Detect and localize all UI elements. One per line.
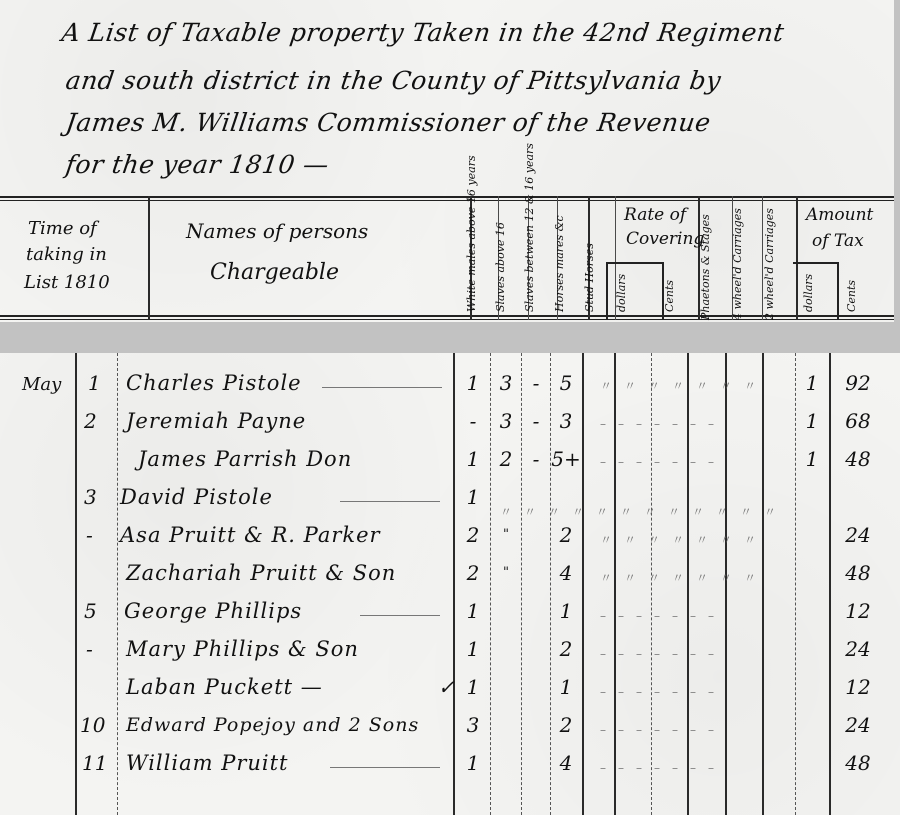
ditto-marks: – – – – – – – <box>600 415 714 432</box>
header-names-line-1: Names of persons <box>186 220 368 242</box>
row-horses: 2 <box>551 707 581 743</box>
row-day: 2 <box>84 403 97 439</box>
header-bottom-rule-2 <box>0 319 894 320</box>
ditto-marks: 〃 〃 〃 〃 〃 〃 〃 <box>600 569 756 586</box>
header-amount-line-2: of Tax <box>812 230 864 252</box>
trail-dash <box>322 387 442 388</box>
header-names-line-2: Chargeable <box>210 262 339 284</box>
row-white-males: - <box>458 403 488 439</box>
row-white-males: 1 <box>458 745 488 781</box>
header-rate-line-1: Rate of <box>624 204 686 226</box>
ditto-marks: – – – – – – – <box>600 721 714 738</box>
row-name: Edward Popejoy and 2 Sons <box>126 707 419 743</box>
row-horses: 4 <box>551 745 581 781</box>
ditto-marks: – – – – – – – <box>600 607 714 624</box>
row-amount-cents: 12 <box>838 669 878 705</box>
ditto-marks: – – – – – – – <box>600 683 714 700</box>
row-day: 3 <box>84 479 97 515</box>
title-line-3: James M. Williams Commissioner of the Re… <box>64 108 713 137</box>
row-amount-cents: 12 <box>838 593 878 629</box>
header-horses: Horses mares &c <box>554 212 566 312</box>
row-white-males: 3 <box>458 707 488 743</box>
ditto-marks: 〃 〃 〃 〃 〃 〃 〃 <box>600 531 756 548</box>
table-row: 11 William Pruitt 1 4 48 <box>0 745 900 783</box>
header-rate-line-2: Covering <box>626 228 704 250</box>
row-amount-cents: 24 <box>838 631 878 667</box>
row-slaves: 3 <box>491 365 521 401</box>
header-rate-dollars: dollars <box>616 272 628 312</box>
ditto-marks: 〃 〃 〃 〃 〃 〃 〃 <box>600 377 756 394</box>
table-row: Zachariah Pruitt & Son 2 " 4 48 <box>0 555 900 593</box>
row-horses: 1 <box>551 593 581 629</box>
ledger-header-image: A List of Taxable property Taken in the … <box>0 0 894 322</box>
ditto-marks: – – – – – – – <box>600 645 714 662</box>
row-amount-cents: 24 <box>838 707 878 743</box>
trail-dash <box>340 501 440 502</box>
check-mark-icon: ✓ <box>438 669 455 705</box>
header-amount-cents: Cents <box>846 272 858 312</box>
row-white-males: 1 <box>458 593 488 629</box>
title-line-2: and south district in the County of Pitt… <box>64 66 723 95</box>
row-amount-cents: 48 <box>838 555 878 591</box>
header-top-rule <box>0 196 894 198</box>
row-white-males: 1 <box>458 479 488 515</box>
row-horses: 3 <box>551 403 581 439</box>
row-amount-cents: 24 <box>838 517 878 553</box>
header-time-line-3: List 1810 <box>24 272 110 294</box>
row-horses: 1 <box>551 669 581 705</box>
row-horses: 5+ <box>551 441 581 477</box>
row-day: - <box>86 631 93 667</box>
row-name: David Pistole <box>120 479 273 515</box>
row-amount-cents: 48 <box>838 745 878 781</box>
header-rate-cents: Cents <box>664 272 676 312</box>
header-time-line-1: Time of <box>28 218 97 240</box>
row-name: Asa Pruitt & R. Parker <box>120 517 381 553</box>
row-name: James Parrish Don <box>138 441 352 477</box>
table-row: 5 George Phillips 1 1 12 <box>0 593 900 631</box>
row-day: 11 <box>82 745 107 781</box>
row-white-males: 1 <box>458 441 488 477</box>
header-top-rule-2 <box>0 200 894 201</box>
row-name: Charles Pistole <box>126 365 302 401</box>
table-row: Laban Puckett — ✓ 1 1 12 <box>0 669 900 707</box>
table-row: James Parrish Don 1 2 - 5+ 1 48 <box>0 441 900 479</box>
row-horses: 4 <box>551 555 581 591</box>
row-horses: 2 <box>551 517 581 553</box>
ditto-marks: 〃 〃 〃 〃 〃 〃 〃 〃 〃 〃 〃 〃 <box>500 503 776 520</box>
row-amount-cents: 68 <box>838 403 878 439</box>
row-day: 10 <box>80 707 105 743</box>
ditto-marks: – – – – – – – <box>600 759 714 776</box>
ditto-marks: – – – – – – – <box>600 453 714 470</box>
header-divider-time <box>148 196 150 320</box>
row-day: 5 <box>84 593 97 629</box>
header-white-males: White males above 16 years <box>466 212 478 312</box>
table-row: 2 Jeremiah Payne - 3 - 3 1 68 <box>0 403 900 441</box>
row-slaves: " <box>491 517 521 553</box>
row-name: Mary Phillips & Son <box>126 631 359 667</box>
row-name: Jeremiah Payne <box>126 403 306 439</box>
ledger-rows-image: May 1 Charles Pistole 1 3 - 5 1 92 2 Jer… <box>0 353 900 815</box>
title-line-4: for the year 1810 — <box>64 150 331 179</box>
header-time-line-2: taking in <box>26 244 107 266</box>
row-slaves: 3 <box>491 403 521 439</box>
table-row: - Asa Pruitt & R. Parker 2 " 2 24 <box>0 517 900 555</box>
row-white-males: 1 <box>458 631 488 667</box>
header-slaves-12-16: Slaves between 12 & 16 years <box>524 212 536 312</box>
row-name: George Phillips <box>124 593 302 629</box>
header-phaetons: Phaetons & Stages <box>700 210 712 320</box>
header-amount-dollars: dollars <box>803 272 815 312</box>
row-name: Laban Puckett — <box>126 669 323 705</box>
table-row: 10 Edward Popejoy and 2 Sons 3 2 24 <box>0 707 900 745</box>
row-day: 1 <box>88 365 101 401</box>
row-day: - <box>86 517 93 553</box>
row-name: William Pruitt <box>126 745 288 781</box>
row-white-males: 1 <box>458 365 488 401</box>
row-slaves-12-16: - <box>521 441 551 477</box>
header-four-wheel: 4 wheel'd Carriages <box>732 210 744 320</box>
row-amount-cents: 48 <box>838 441 878 477</box>
row-horses: 5 <box>551 365 581 401</box>
header-slaves-above-16: Slaves above 16 <box>495 212 507 312</box>
row-slaves-12-16: - <box>521 403 551 439</box>
title-line-1: A List of Taxable property Taken in the … <box>60 18 786 47</box>
row-slaves: " <box>491 555 521 591</box>
row-slaves-12-16: - <box>521 365 551 401</box>
row-slaves: 2 <box>491 441 521 477</box>
trail-dash <box>360 615 440 616</box>
row-name: Zachariah Pruitt & Son <box>126 555 396 591</box>
header-studs: Stud Horses <box>584 212 596 312</box>
table-row: - Mary Phillips & Son 1 2 24 <box>0 631 900 669</box>
row-amount-cents: 92 <box>838 365 878 401</box>
header-bottom-rule <box>0 315 894 317</box>
row-white-males: 2 <box>458 517 488 553</box>
row-amount-dollars: 1 <box>797 365 827 401</box>
header-amount-line-1: Amount <box>806 204 873 226</box>
amount-dollars-box <box>793 262 839 320</box>
row-white-males: 2 <box>458 555 488 591</box>
table-row: 1 Charles Pistole 1 3 - 5 1 92 <box>0 365 900 403</box>
header-two-wheel: 2 wheel'd Carriages <box>764 210 776 320</box>
row-horses: 2 <box>551 631 581 667</box>
trail-dash <box>330 767 440 768</box>
row-amount-dollars: 1 <box>797 403 827 439</box>
row-white-males: 1 <box>458 669 488 705</box>
row-amount-dollars: 1 <box>797 441 827 477</box>
